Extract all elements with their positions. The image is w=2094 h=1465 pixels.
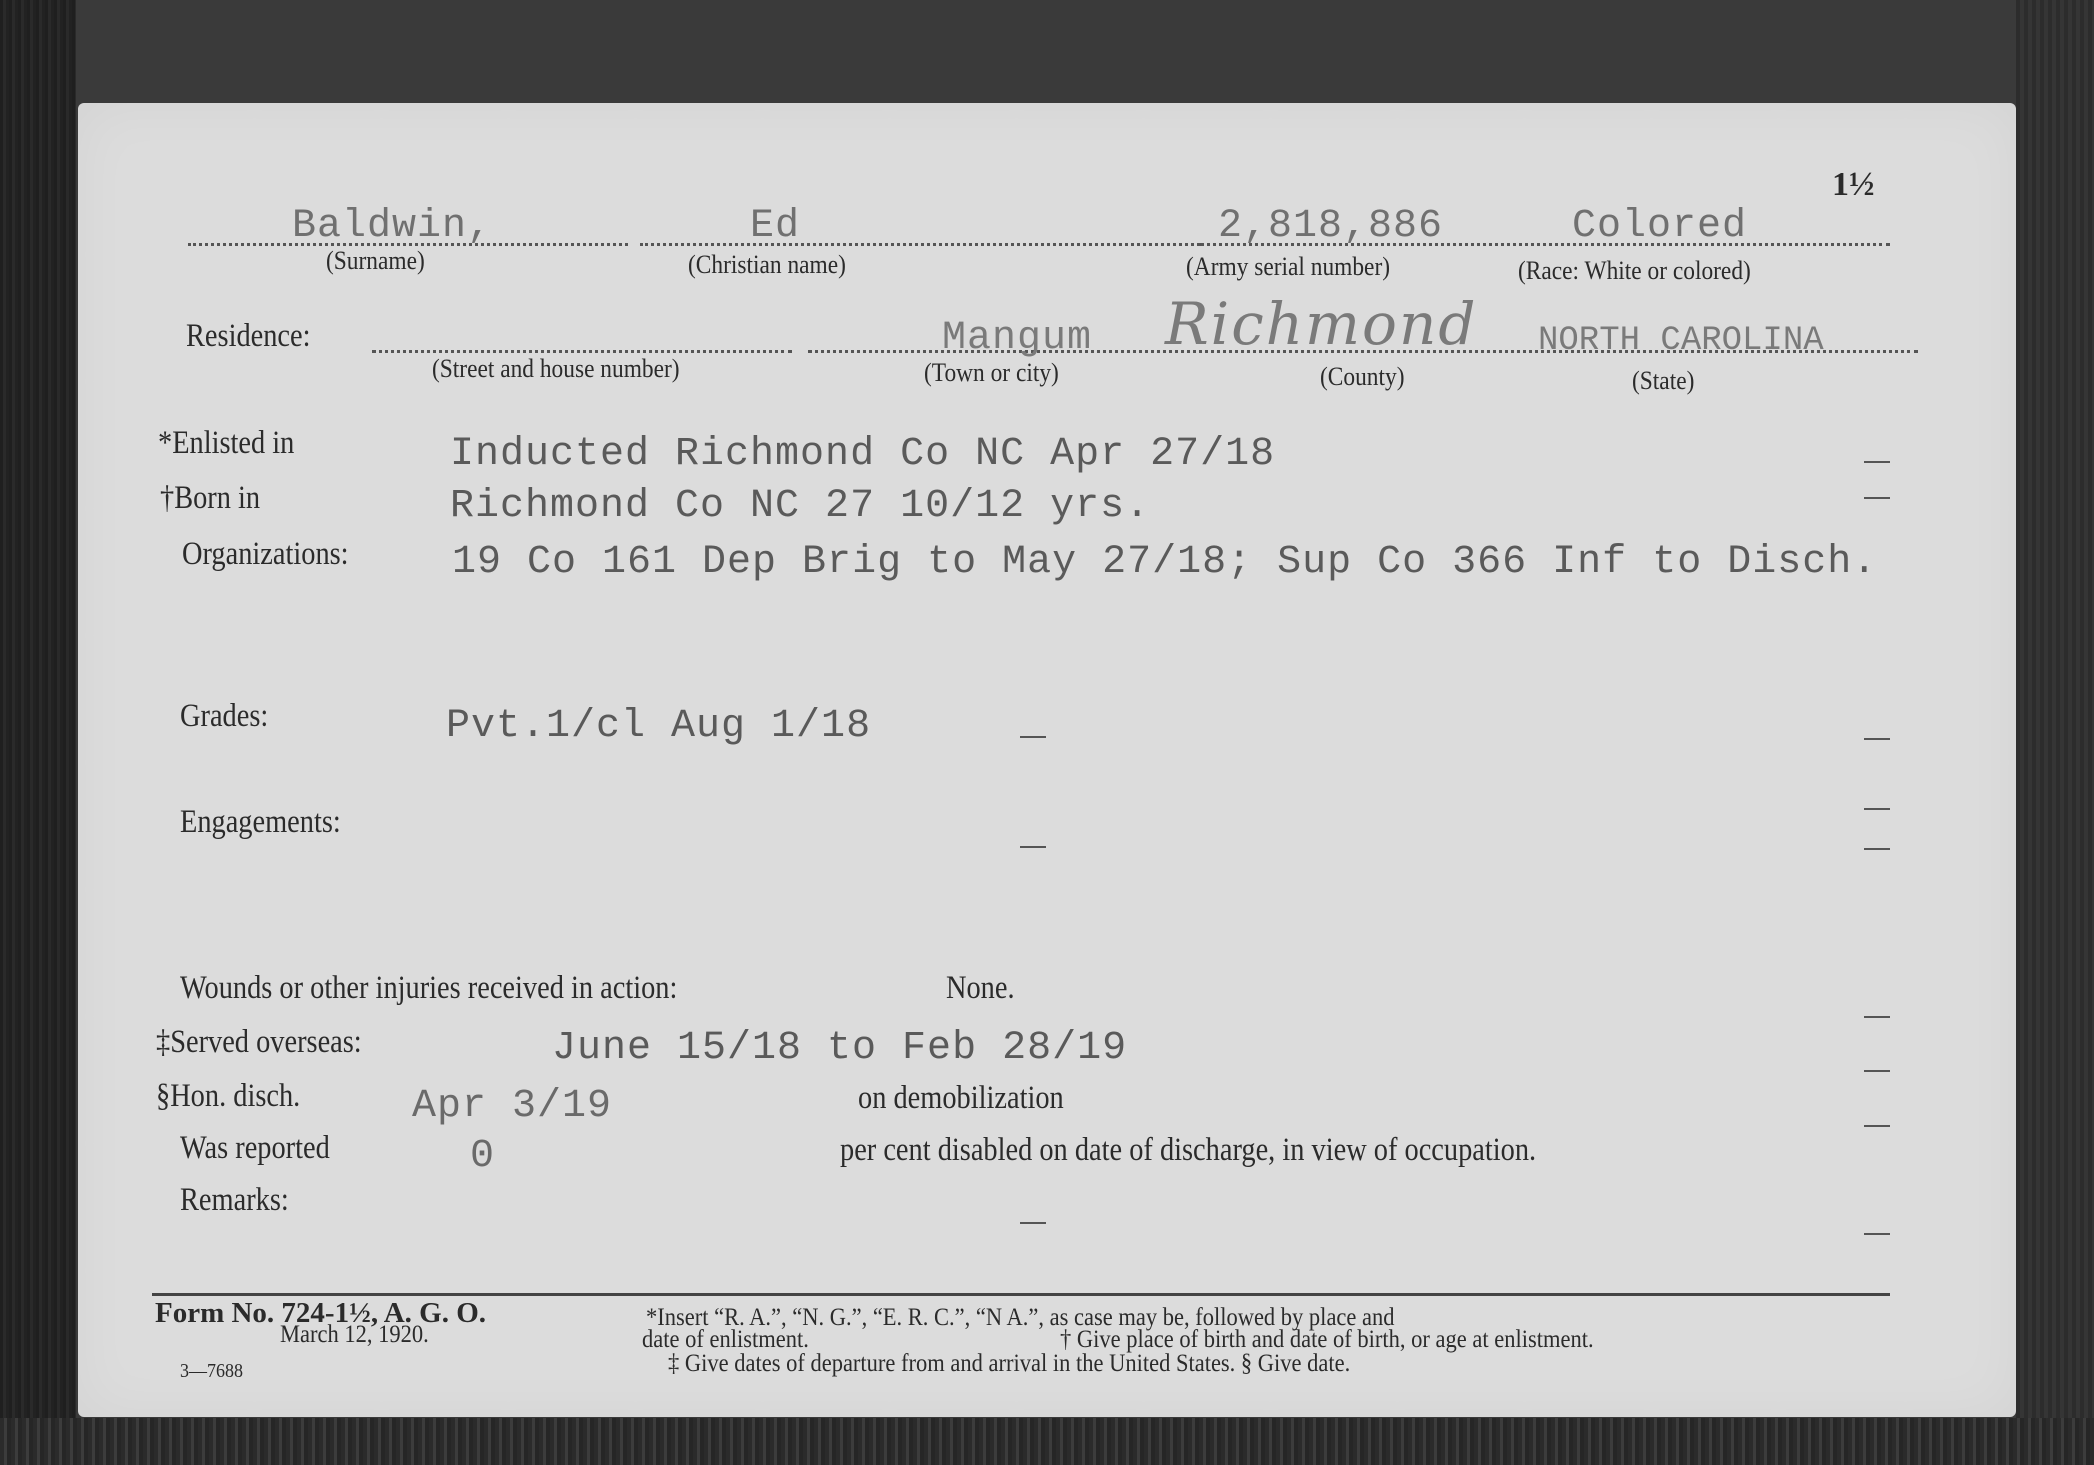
remarks-label: Remarks: bbox=[180, 1182, 289, 1219]
serial-number-caption: (Army serial number) bbox=[1186, 252, 1390, 282]
surname-caption: (Surname) bbox=[326, 246, 425, 276]
grades-label: Grades: bbox=[180, 698, 268, 735]
wounds-value: None. bbox=[946, 970, 1015, 1007]
grades-blank-dash bbox=[1020, 736, 1046, 738]
state-value: NORTH CAROLINA bbox=[1538, 322, 1824, 360]
hon-disch-suffix: on demobilization bbox=[858, 1080, 1064, 1117]
enlisted-label: *Enlisted in bbox=[158, 425, 294, 462]
was-reported-suffix: per cent disabled on date of discharge, … bbox=[840, 1132, 1536, 1169]
right-dash bbox=[1864, 1125, 1890, 1127]
race-caption: (Race: White or colored) bbox=[1518, 256, 1751, 286]
right-dash bbox=[1864, 808, 1890, 810]
service-record-card bbox=[78, 103, 2016, 1417]
right-dash bbox=[1864, 738, 1890, 740]
card-number: 1½ bbox=[1832, 166, 1875, 204]
was-reported-value: 0 bbox=[470, 1134, 495, 1179]
state-caption: (State) bbox=[1632, 366, 1694, 396]
remarks-blank-dash bbox=[1020, 1222, 1046, 1224]
served-overseas-value: June 15/18 to Feb 28/19 bbox=[552, 1026, 1127, 1071]
background-bottom-strip bbox=[0, 1418, 2094, 1465]
right-dash bbox=[1864, 848, 1890, 850]
right-dash bbox=[1864, 1070, 1890, 1072]
was-reported-label: Was reported bbox=[180, 1130, 330, 1167]
serial-number-value: 2,818,886 bbox=[1218, 204, 1443, 249]
engagements-blank-dash bbox=[1020, 846, 1046, 848]
born-value: Richmond Co NC 27 10/12 yrs. bbox=[450, 484, 1150, 529]
organizations-value: 19 Co 161 Dep Brig to May 27/18; Sup Co … bbox=[452, 540, 1877, 585]
town-caption: (Town or city) bbox=[924, 358, 1059, 388]
footer-rule bbox=[152, 1293, 1890, 1296]
residence-label: Residence: bbox=[186, 318, 311, 355]
served-overseas-label: ‡Served overseas: bbox=[156, 1024, 362, 1061]
town-value: Mangum bbox=[942, 316, 1092, 361]
footnote-line-3: ‡ Give dates of departure from and arriv… bbox=[668, 1350, 1350, 1378]
wounds-label: Wounds or other injuries received in act… bbox=[180, 970, 677, 1007]
right-dash bbox=[1864, 461, 1890, 463]
born-label: †Born in bbox=[160, 480, 260, 517]
enlisted-value: Inducted Richmond Co NC Apr 27/18 bbox=[450, 432, 1275, 477]
background-left-strip bbox=[0, 0, 76, 1465]
race-value: Colored bbox=[1572, 204, 1747, 249]
surname-value: Baldwin, bbox=[292, 204, 492, 249]
hon-disch-label: §Hon. disch. bbox=[156, 1078, 300, 1115]
hon-disch-value: Apr 3/19 bbox=[412, 1084, 612, 1129]
christian-name-caption: (Christian name) bbox=[688, 250, 846, 280]
christian-name-line bbox=[640, 243, 1200, 246]
street-line bbox=[372, 350, 792, 353]
right-dash bbox=[1864, 497, 1890, 499]
street-caption: (Street and house number) bbox=[432, 354, 680, 384]
organizations-label: Organizations: bbox=[182, 536, 349, 573]
print-code: 3—7688 bbox=[180, 1360, 243, 1383]
engagements-label: Engagements: bbox=[180, 804, 341, 841]
background-right-strip bbox=[2016, 0, 2094, 1465]
christian-name-value: Ed bbox=[750, 204, 800, 249]
county-value-handwritten: Richmond bbox=[1165, 290, 1477, 358]
form-date: March 12, 1920. bbox=[280, 1321, 429, 1349]
right-dash bbox=[1864, 1233, 1890, 1235]
county-caption: (County) bbox=[1320, 362, 1405, 392]
right-dash bbox=[1864, 1016, 1890, 1018]
grades-value: Pvt.1/cl Aug 1/18 bbox=[446, 704, 871, 749]
